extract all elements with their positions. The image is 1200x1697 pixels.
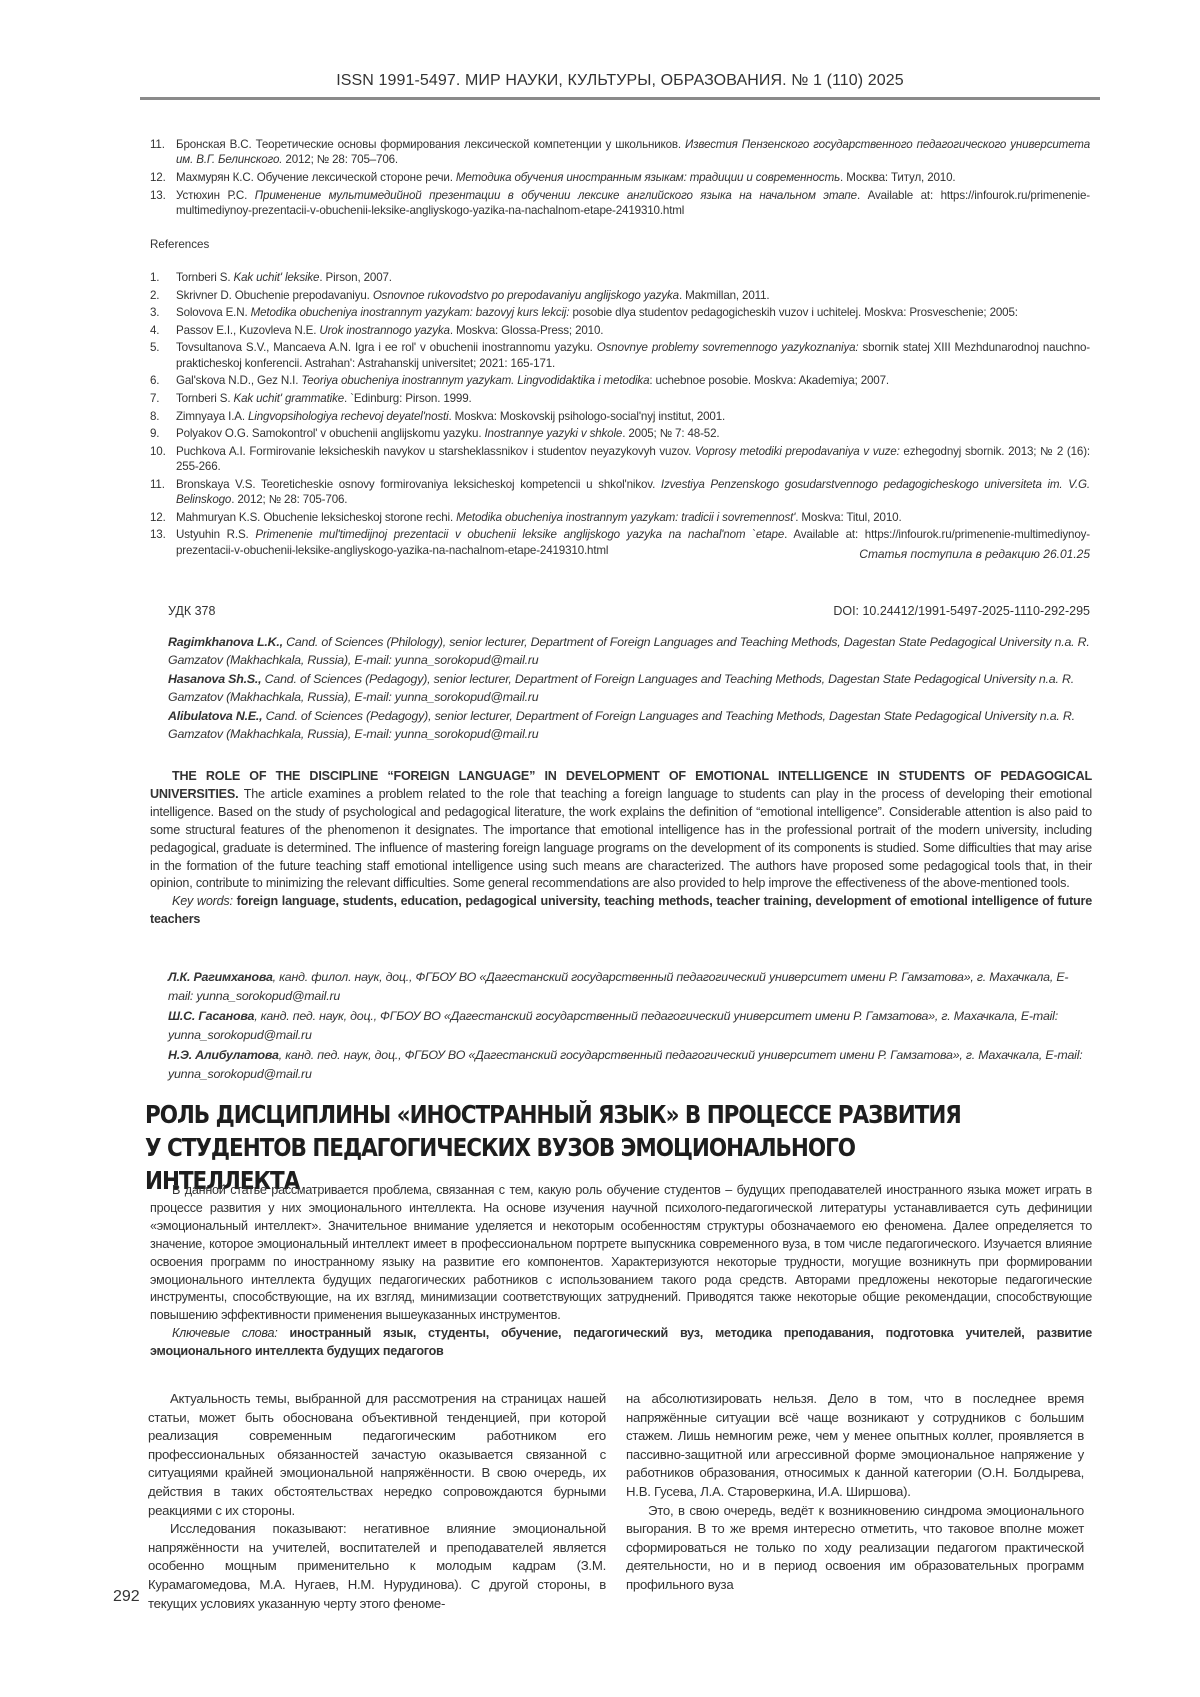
reference-details: . 2012; № 28: 705-706. xyxy=(231,493,347,506)
keywords-en-label: Key words: xyxy=(172,894,233,908)
reference-text: Polyakov O.G. Samokontrol' v obuchenii a… xyxy=(176,427,484,440)
reference-item: 13.Устюхин Р.С. Применение мультимедийно… xyxy=(150,188,1090,219)
reference-number: 1. xyxy=(150,270,159,285)
reference-text: Zimnyaya I.A. xyxy=(176,410,248,423)
reference-item: 3.Solovova E.N. Metodika obucheniya inos… xyxy=(150,305,1090,320)
author-affiliation: , канд. филол. наук, доц., ФГБОУ ВО «Даг… xyxy=(168,970,1068,1003)
reference-text: Ustyuhin R.S. xyxy=(176,528,255,541)
keywords-ru-label: Ключевые слова: xyxy=(172,1326,277,1340)
author-name: Н.Э. Алибулатова xyxy=(168,1048,279,1062)
reference-number: 7. xyxy=(150,391,159,406)
reference-text: Passov E.I., Kuzovleva N.E. xyxy=(176,324,319,337)
reference-number: 9. xyxy=(150,426,159,441)
reference-source: Osnovnye problemy sovremennogo yazykozna… xyxy=(597,341,859,354)
reference-details: posobie dlya studentov pedagogicheskih v… xyxy=(569,306,1017,319)
reference-number: 13. xyxy=(150,188,166,203)
reference-details: . Москва: Титул, 2010. xyxy=(840,171,955,184)
body-paragraph: Актуальность темы, выбранной для рассмот… xyxy=(148,1390,606,1520)
reference-details: : uchebnoe posobie. Moskva: Akademiya; 2… xyxy=(649,374,889,387)
author-affiliation: Cand. of Sciences (Pedagogy), senior lec… xyxy=(168,672,1074,704)
reference-source: Metodika obucheniya inostrannym yazykam:… xyxy=(251,306,570,319)
reference-item: 2.Skrivner D. Obuchenie prepodavaniyu. O… xyxy=(150,288,1090,303)
running-head: ISSN 1991-5497. МИР НАУКИ, КУЛЬТУРЫ, ОБР… xyxy=(140,72,1100,90)
body-paragraph: на абсолютизировать нельзя. Дело в том, … xyxy=(626,1390,1084,1502)
reference-number: 11. xyxy=(150,137,165,152)
author-affiliation: Cand. of Sciences (Philology), senior le… xyxy=(168,635,1090,667)
udk-code: УДК 378 xyxy=(168,604,215,618)
author-entry: Ragimkhanova L.K., Cand. of Sciences (Ph… xyxy=(168,633,1090,670)
reference-number: 5. xyxy=(150,340,159,355)
author-entry: Ш.С. Гасанова, канд. пед. наук, доц., ФГ… xyxy=(168,1007,1090,1046)
reference-item: 12.Махмурян К.С. Обучение лексической ст… xyxy=(150,170,1090,185)
prev-ru-references: 11.Бронская В.С. Теоретические основы фо… xyxy=(150,137,1090,221)
reference-item: 1.Tornberi S. Kak uchit' leksike. Pirson… xyxy=(150,270,1090,285)
reference-source: Metodika obucheniya inostrannym yazykam:… xyxy=(456,511,795,524)
reference-text: Puchkova A.I. Formirovanie leksicheskih … xyxy=(176,445,695,458)
reference-number: 10. xyxy=(150,444,166,459)
body-column-right: на абсолютизировать нельзя. Дело в том, … xyxy=(626,1390,1084,1595)
reference-number: 11. xyxy=(150,477,165,492)
author-affiliation: , канд. пед. наук, доц., ФГБОУ ВО «Дагес… xyxy=(168,1048,1083,1081)
reference-text: Бронская В.С. Теоретические основы форми… xyxy=(176,138,685,151)
reference-text: Tornberi S. xyxy=(176,271,233,284)
reference-details: . Moskva: Moskovskij psihologo-social'ny… xyxy=(449,410,726,423)
reference-text: Skrivner D. Obuchenie prepodavaniyu. xyxy=(176,289,373,302)
reference-item: 11.Bronskaya V.S. Teoreticheskie osnovy … xyxy=(150,477,1090,508)
reference-details: . `Edinburg: Pirson. 1999. xyxy=(344,392,472,405)
ru-references-list: 11.Бронская В.С. Теоретические основы фо… xyxy=(150,137,1090,218)
reference-number: 6. xyxy=(150,373,159,388)
reference-details: . Pirson, 2007. xyxy=(319,271,392,284)
reference-details: . 2005; № 7: 48-52. xyxy=(622,427,719,440)
body-column-left: Актуальность темы, выбранной для рассмот… xyxy=(148,1390,606,1613)
reference-item: 6.Gal'skova N.D., Gez N.I. Teoriya obuch… xyxy=(150,373,1090,388)
received-date: Статья поступила в редакцию 26.01.25 xyxy=(150,547,1090,561)
reference-source: Применение мультимедийной презентации в … xyxy=(255,189,857,202)
reference-item: 8.Zimnyaya I.A. Lingvopsihologiya rechev… xyxy=(150,409,1090,424)
reference-text: Solovova E.N. xyxy=(176,306,251,319)
reference-details: . Moskva: Titul, 2010. xyxy=(795,511,901,524)
reference-item: 10.Puchkova A.I. Formirovanie leksichesk… xyxy=(150,444,1090,475)
author-affiliation: , канд. пед. наук, доц., ФГБОУ ВО «Дагес… xyxy=(168,1009,1058,1042)
reference-number: 4. xyxy=(150,323,159,338)
reference-number: 3. xyxy=(150,305,159,320)
reference-number: 8. xyxy=(150,409,159,424)
reference-text: Mahmuryan K.S. Obuchenie leksicheskoj st… xyxy=(176,511,456,524)
reference-text: Tovsultanova S.V., Mancaeva A.N. Igra i … xyxy=(176,341,597,354)
keywords-ru: иностранный язык, студенты, обучение, пе… xyxy=(150,1326,1092,1358)
reference-item: 9.Polyakov O.G. Samokontrol' v obuchenii… xyxy=(150,426,1090,441)
reference-item: 12.Mahmuryan K.S. Obuchenie leksicheskoj… xyxy=(150,510,1090,525)
reference-source: Методика обучения иностранным языкам: тр… xyxy=(456,171,840,184)
reference-source: Osnovnoe rukovodstvo po prepodavaniyu an… xyxy=(373,289,679,302)
reference-item: 4.Passov E.I., Kuzovleva N.E. Urok inost… xyxy=(150,323,1090,338)
keywords-en: foreign language, students, education, p… xyxy=(150,894,1092,926)
reference-source: Inostrannye yazyki v shkole xyxy=(484,427,622,440)
reference-text: Bronskaya V.S. Teoreticheskie osnovy for… xyxy=(176,478,661,491)
author-name: Hasanova Sh.S., xyxy=(168,672,261,686)
reference-item: 7.Tornberi S. Kak uchit' grammatike. `Ed… xyxy=(150,391,1090,406)
reference-details: . Moskva: Glossa-Press; 2010. xyxy=(450,324,604,337)
reference-text: Махмурян К.С. Обучение лексической сторо… xyxy=(176,171,456,184)
author-entry: Н.Э. Алибулатова, канд. пед. наук, доц.,… xyxy=(168,1046,1090,1085)
body-paragraph: Это, в свою очередь, ведёт к возникновен… xyxy=(626,1502,1084,1595)
body-paragraph: Исследования показывают: негативное влия… xyxy=(148,1520,606,1613)
en-references-list: 1.Tornberi S. Kak uchit' leksike. Pirson… xyxy=(150,270,1090,558)
doi: DOI: 10.24412/1991-5497-2025-1110-292-29… xyxy=(833,604,1090,618)
author-entry: Л.К. Рагимханова, канд. филол. наук, доц… xyxy=(168,968,1090,1007)
prev-en-references: 1.Tornberi S. Kak uchit' leksike. Pirson… xyxy=(150,270,1090,560)
reference-text: Tornberi S. xyxy=(176,392,233,405)
author-affiliation: Cand. of Sciences (Pedagogy), senior lec… xyxy=(168,709,1075,741)
reference-details: . Makmillan, 2011. xyxy=(679,289,770,302)
reference-source: Urok inostrannogo yazyka xyxy=(319,324,449,337)
abstract-ru: В данной статье рассматривается проблема… xyxy=(150,1182,1092,1361)
reference-item: 5.Tovsultanova S.V., Mancaeva A.N. Igra … xyxy=(150,340,1090,371)
reference-source: Teoriya obucheniya inostrannym yazykam. … xyxy=(301,374,649,387)
reference-source: Kak uchit' grammatike xyxy=(233,392,344,405)
reference-source: Kak uchit' leksike xyxy=(233,271,319,284)
journal-page: ISSN 1991-5497. МИР НАУКИ, КУЛЬТУРЫ, ОБР… xyxy=(0,0,1200,1697)
author-entry: Hasanova Sh.S., Cand. of Sciences (Pedag… xyxy=(168,670,1090,707)
reference-number: 12. xyxy=(150,510,166,525)
reference-text: Устюхин Р.С. xyxy=(176,189,255,202)
reference-source: Primenenie mul'timedijnoj prezentacii v … xyxy=(255,528,784,541)
authors-en: Ragimkhanova L.K., Cand. of Sciences (Ph… xyxy=(168,633,1090,743)
abstract-en: THE ROLE OF THE DISCIPLINE “FOREIGN LANG… xyxy=(150,768,1092,929)
author-name: Ragimkhanova L.K., xyxy=(168,635,283,649)
page-number: 292 xyxy=(113,1588,140,1606)
authors-ru: Л.К. Рагимханова, канд. филол. наук, доц… xyxy=(168,968,1090,1084)
reference-text: Gal'skova N.D., Gez N.I. xyxy=(176,374,301,387)
article-title-ru-line-1: РОЛЬ ДИСЦИПЛИНЫ «ИНОСТРАННЫЙ ЯЗЫК» В ПРО… xyxy=(145,1098,971,1131)
references-heading: References xyxy=(150,238,1090,251)
author-entry: Alibulatova N.E., Cand. of Sciences (Ped… xyxy=(168,707,1090,744)
reference-source: Lingvopsihologiya rechevoj deyatel'nosti xyxy=(248,410,449,423)
reference-number: 12. xyxy=(150,170,166,185)
abstract-ru-text: В данной статье рассматривается проблема… xyxy=(150,1182,1092,1325)
author-name: Alibulatova N.E., xyxy=(168,709,262,723)
reference-details: 2012; № 28: 705–706. xyxy=(282,153,398,166)
header-rule xyxy=(140,97,1100,100)
abstract-en-text: The article examines a problem related t… xyxy=(150,787,1092,891)
reference-number: 13. xyxy=(150,527,166,542)
author-name: Ш.С. Гасанова xyxy=(168,1009,254,1023)
author-name: Л.К. Рагимханова xyxy=(168,970,273,984)
reference-number: 2. xyxy=(150,288,159,303)
reference-item: 11.Бронская В.С. Теоретические основы фо… xyxy=(150,137,1090,168)
reference-source: Voprosy metodiki prepodavaniya v vuze: xyxy=(695,445,900,458)
